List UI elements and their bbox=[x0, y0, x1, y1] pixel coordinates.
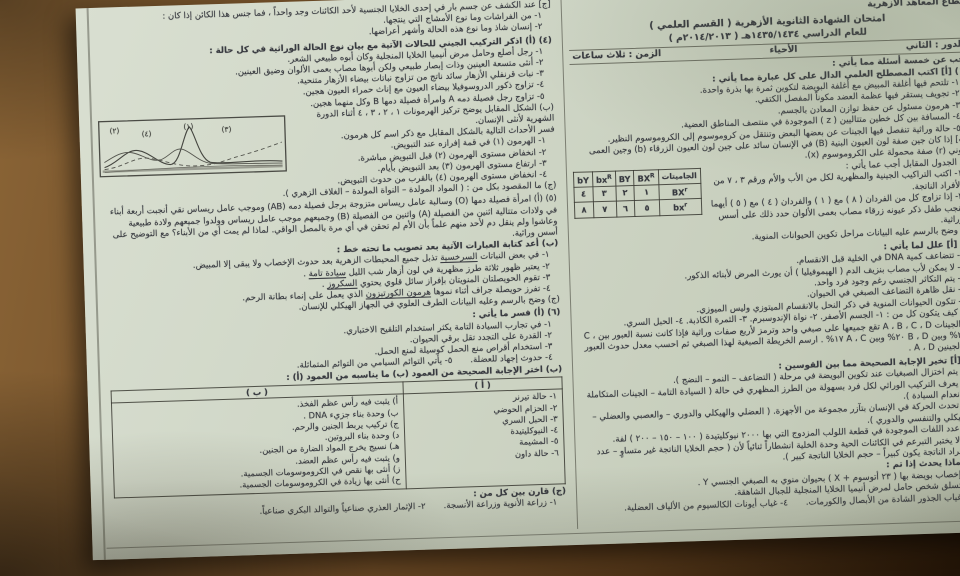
item-line: ١- زراعة الأنوية وزراعة الأنسجة. bbox=[443, 497, 557, 512]
matching-table: ( أ ) ( ب ) ١- حالة تيرنر ٢- الحزام الحو… bbox=[110, 376, 566, 498]
question-3: (٣) [أ] تخير الإجابة الصحيحة مما بين الق… bbox=[579, 355, 960, 516]
table-cell: ١ bbox=[634, 185, 659, 201]
question-2: (٢) [أ] علل لما يأتي : ١- تتضاعف كمية DN… bbox=[575, 239, 960, 366]
gametes-table: الجاميتات BXR BY bxR bY BXr ١ ٢ ٣ ٤ bbox=[573, 168, 702, 219]
match-col-b-cell: أ) يثبت فيه رأس عظم الفخذ. ب) وحدة بناء … bbox=[111, 394, 406, 498]
exam-round: الدور : الثاني bbox=[906, 39, 960, 52]
hormone-curves-chart: (٢) (٤) (١) (٣) bbox=[97, 113, 289, 183]
q4-b-row: (ب) الشكل المقابل يوضح تركيز الهرمونات ١… bbox=[97, 102, 556, 195]
table-cell: ٥ bbox=[635, 200, 660, 216]
column-questions-4-6: [ج] عند الكشف عن جسم بار في إحدى الخلايا… bbox=[90, 0, 577, 544]
gametes-col-header: bxR bbox=[592, 171, 615, 187]
exam-time: الزمن : ثلاث ساعات bbox=[572, 49, 661, 63]
exam-subject: الأحياء bbox=[769, 45, 797, 57]
photo-stage: الأزهر الشريف قطاع المعاهد الأزهرية امتح… bbox=[0, 0, 960, 576]
curve-label-3: (٣) bbox=[221, 124, 231, 133]
table-cell: ٨ bbox=[574, 202, 593, 218]
question-4: (٤) (أ) اذكر التركيب الجيني للحالات الآت… bbox=[95, 35, 557, 206]
gametes-col-header: BXR bbox=[634, 170, 659, 186]
underlined-term: سيادة تامة bbox=[308, 268, 346, 279]
table-cell: ٦ bbox=[616, 201, 635, 217]
table-row: bxr ٥ ٦ ٧ ٨ bbox=[574, 199, 701, 218]
table-cell: ٣ bbox=[593, 186, 616, 202]
match-col-a-cell: ١- حالة تيرنر ٢- الحزام الحوضي ٣- الحبل … bbox=[403, 389, 565, 488]
question-5: (٥) (أ) امرأة فصيلة دمها (O) وسالبة عامل… bbox=[100, 194, 560, 320]
table-cell: ٧ bbox=[593, 201, 616, 217]
underlined-term: السكروز bbox=[327, 279, 357, 290]
gametes-corner: الجاميتات bbox=[658, 168, 701, 185]
paper-content: الأزهر الشريف قطاع المعاهد الأزهرية امتح… bbox=[90, 0, 960, 544]
q4-b-text: (ب) الشكل المقابل يوضح تركيز الهرمونات ١… bbox=[293, 102, 556, 189]
gametes-col-header: bY bbox=[573, 172, 592, 188]
table-cell: ٢ bbox=[615, 186, 634, 202]
gametes-col-header: BY bbox=[615, 170, 634, 186]
table-row: ١- حالة تيرنر ٢- الحزام الحوضي ٣- الحبل … bbox=[111, 389, 565, 498]
curve-label-1: (١) bbox=[183, 122, 193, 131]
question-6: (٦) (أ) فسر ما يأتي : ١- في تجارب السياد… bbox=[103, 308, 566, 523]
table-cell: ٤ bbox=[574, 187, 593, 203]
question-1: (١) [أ] اكتب المصطلح العلمي الدال على كل… bbox=[570, 66, 960, 250]
exam-paper: الأزهر الشريف قطاع المعاهد الأزهرية امتح… bbox=[76, 0, 960, 560]
gametes-row-header: bxr bbox=[659, 199, 702, 216]
gametes-row-header: BXr bbox=[658, 184, 701, 201]
curve-label-2: (٢) bbox=[109, 126, 119, 135]
column-questions-1-3: الأزهر الشريف قطاع المعاهد الأزهرية امتح… bbox=[560, 0, 960, 529]
underlined-term: السرخسية bbox=[440, 252, 477, 263]
hormone-cycle-figure: (٢) (٤) (١) (٣) bbox=[97, 111, 289, 187]
curve-label-4: (٤) bbox=[141, 129, 151, 138]
